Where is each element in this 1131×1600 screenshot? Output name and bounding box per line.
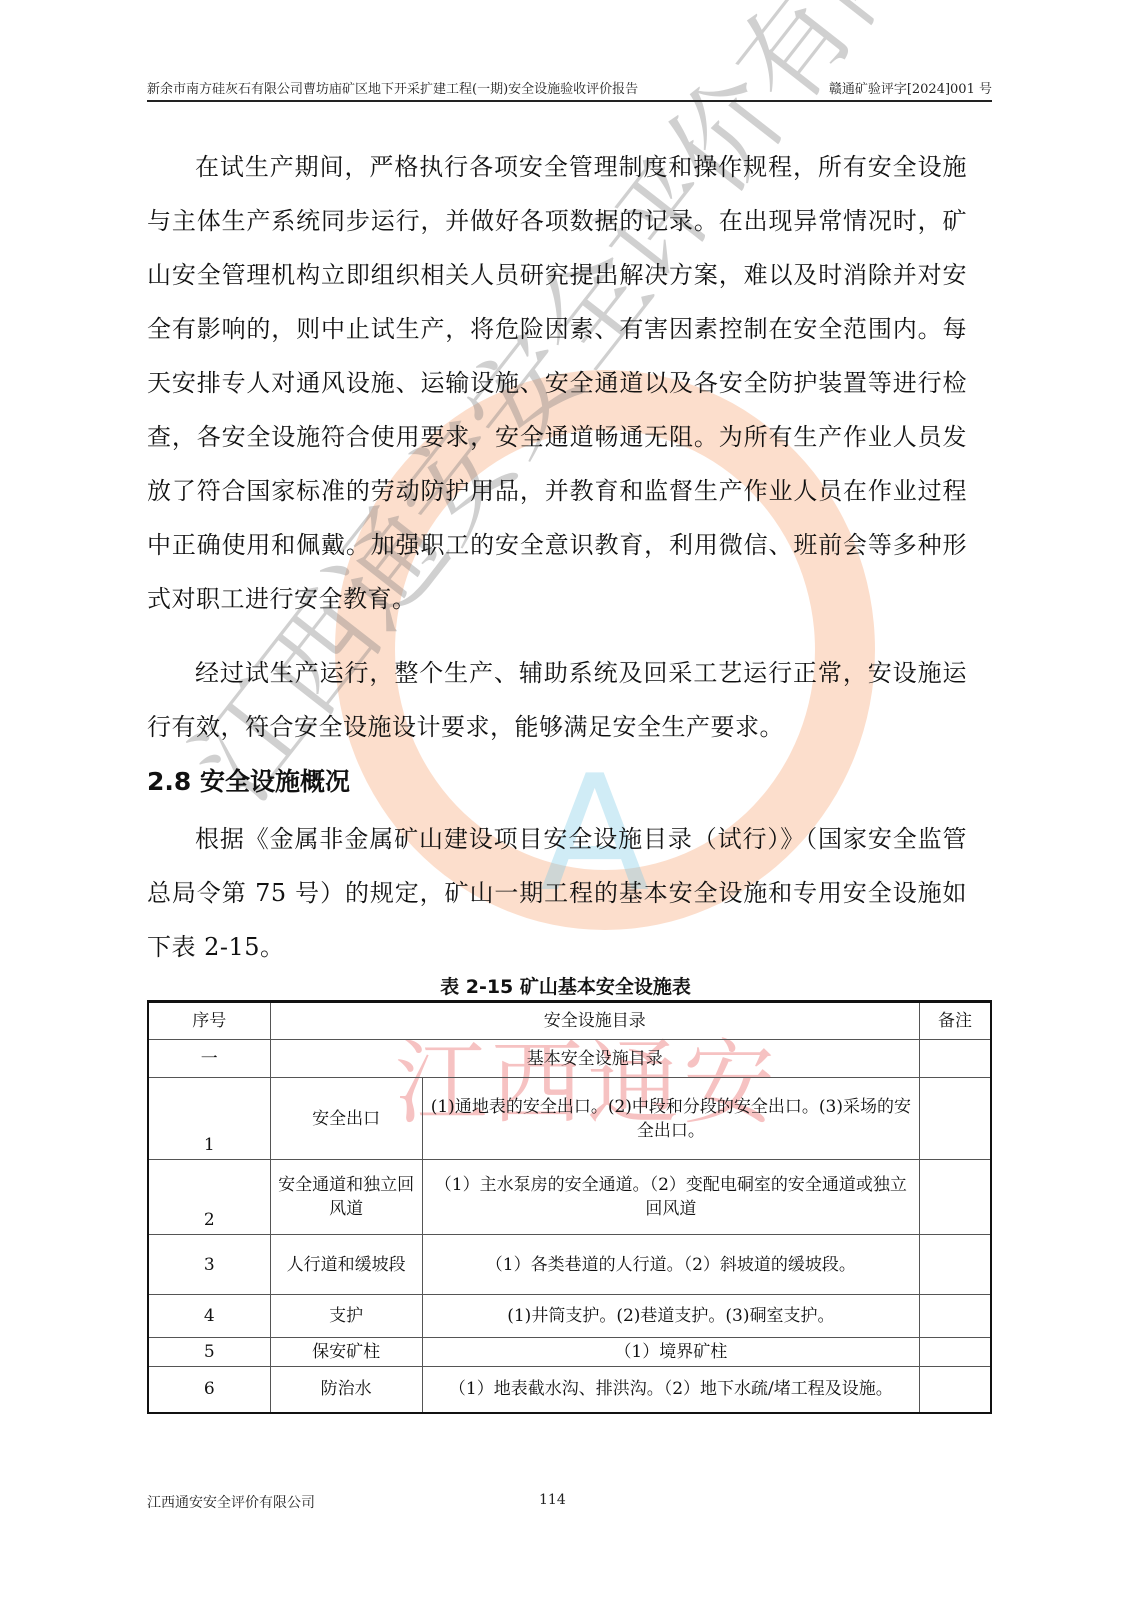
table-row: 4 支护 (1)井筒支护。(2)巷道支护。(3)硐室支护。 — [148, 1295, 991, 1338]
row-seq: 2 — [148, 1160, 270, 1235]
footer-company: 江西通安安全评价有限公司 — [147, 1492, 315, 1512]
row-seq: 1 — [148, 1078, 270, 1160]
header-note: 备注 — [920, 1002, 991, 1040]
row-name: 安全出口 — [270, 1078, 422, 1160]
section-intro: 根据《金属非金属矿山建设项目安全设施目录（试行）》（国家安全监管总局令第 75 … — [147, 812, 967, 974]
header-seq: 序号 — [148, 1002, 270, 1040]
row-note — [920, 1295, 991, 1338]
table-row: 5 保安矿柱 （1）境界矿柱 — [148, 1338, 991, 1367]
document-page: A 江西通安 江西通安安全评价有限公司 新余市南方硅灰石有限公司曹坊庙矿区地下开… — [0, 0, 1131, 1600]
table-group-row: 一 基本安全设施目录 — [148, 1040, 991, 1078]
row-name: 防治水 — [270, 1367, 422, 1413]
row-note — [920, 1367, 991, 1413]
group-note — [920, 1040, 991, 1078]
row-desc: (1)通地表的安全出口。(2)中段和分段的安全出口。(3)采场的安全出口。 — [422, 1078, 919, 1160]
group-title: 基本安全设施目录 — [270, 1040, 920, 1078]
row-note — [920, 1235, 991, 1295]
table-caption: 表 2-15 矿山基本安全设施表 — [0, 972, 1131, 999]
row-name: 安全通道和独立回风道 — [270, 1160, 422, 1235]
row-desc: （1）各类巷道的人行道。（2）斜坡道的缓坡段。 — [422, 1235, 919, 1295]
table-row: 2 安全通道和独立回风道 （1）主水泵房的安全通道。（2）变配电硐室的安全通道或… — [148, 1160, 991, 1235]
body-paragraph-2: 经过试生产运行，整个生产、辅助系统及回采工艺运行正常，安设施运行有效，符合安全设… — [147, 646, 967, 754]
row-note — [920, 1078, 991, 1160]
paragraph-trial-result: 经过试生产运行，整个生产、辅助系统及回采工艺运行正常，安设施运行有效，符合安全设… — [147, 646, 967, 754]
row-seq: 3 — [148, 1235, 270, 1295]
report-title: 新余市南方硅灰石有限公司曹坊庙矿区地下开采扩建工程(一期)安全设施验收评价报告 — [147, 78, 638, 97]
row-note — [920, 1160, 991, 1235]
table-header-row: 序号 安全设施目录 备注 — [148, 1002, 991, 1040]
group-seq: 一 — [148, 1040, 270, 1078]
paragraph-section-intro: 根据《金属非金属矿山建设项目安全设施目录（试行）》（国家安全监管总局令第 75 … — [147, 812, 967, 974]
document-number: 赣通矿验评字[2024]001 号 — [829, 78, 992, 97]
table-row: 1 安全出口 (1)通地表的安全出口。(2)中段和分段的安全出口。(3)采场的安… — [148, 1078, 991, 1160]
header-catalog: 安全设施目录 — [270, 1002, 920, 1040]
page-header: 新余市南方硅灰石有限公司曹坊庙矿区地下开采扩建工程(一期)安全设施验收评价报告 … — [147, 78, 992, 100]
row-desc: (1)井筒支护。(2)巷道支护。(3)硐室支护。 — [422, 1295, 919, 1338]
row-name: 支护 — [270, 1295, 422, 1338]
row-note — [920, 1338, 991, 1367]
row-seq: 5 — [148, 1338, 270, 1367]
row-desc: （1）主水泵房的安全通道。（2）变配电硐室的安全通道或独立回风道 — [422, 1160, 919, 1235]
body-paragraph-1: 在试生产期间，严格执行各项安全管理制度和操作规程，所有安全设施与主体生产系统同步… — [147, 140, 967, 626]
paragraph-trial-production: 在试生产期间，严格执行各项安全管理制度和操作规程，所有安全设施与主体生产系统同步… — [147, 140, 967, 626]
table-row: 6 防治水 （1）地表截水沟、排洪沟。（2）地下水疏/堵工程及设施。 — [148, 1367, 991, 1413]
row-desc: （1）地表截水沟、排洪沟。（2）地下水疏/堵工程及设施。 — [422, 1367, 919, 1413]
row-name: 人行道和缓坡段 — [270, 1235, 422, 1295]
row-seq: 6 — [148, 1367, 270, 1413]
header-divider — [147, 100, 992, 102]
row-seq: 4 — [148, 1295, 270, 1338]
table-row: 3 人行道和缓坡段 （1）各类巷道的人行道。（2）斜坡道的缓坡段。 — [148, 1235, 991, 1295]
page-number: 114 — [539, 1492, 566, 1508]
section-heading: 2.8 安全设施概况 — [147, 762, 350, 798]
row-desc: （1）境界矿柱 — [422, 1338, 919, 1367]
safety-facilities-table: 序号 安全设施目录 备注 一 基本安全设施目录 1 安全出口 (1)通地表的安全… — [147, 1000, 992, 1414]
row-name: 保安矿柱 — [270, 1338, 422, 1367]
